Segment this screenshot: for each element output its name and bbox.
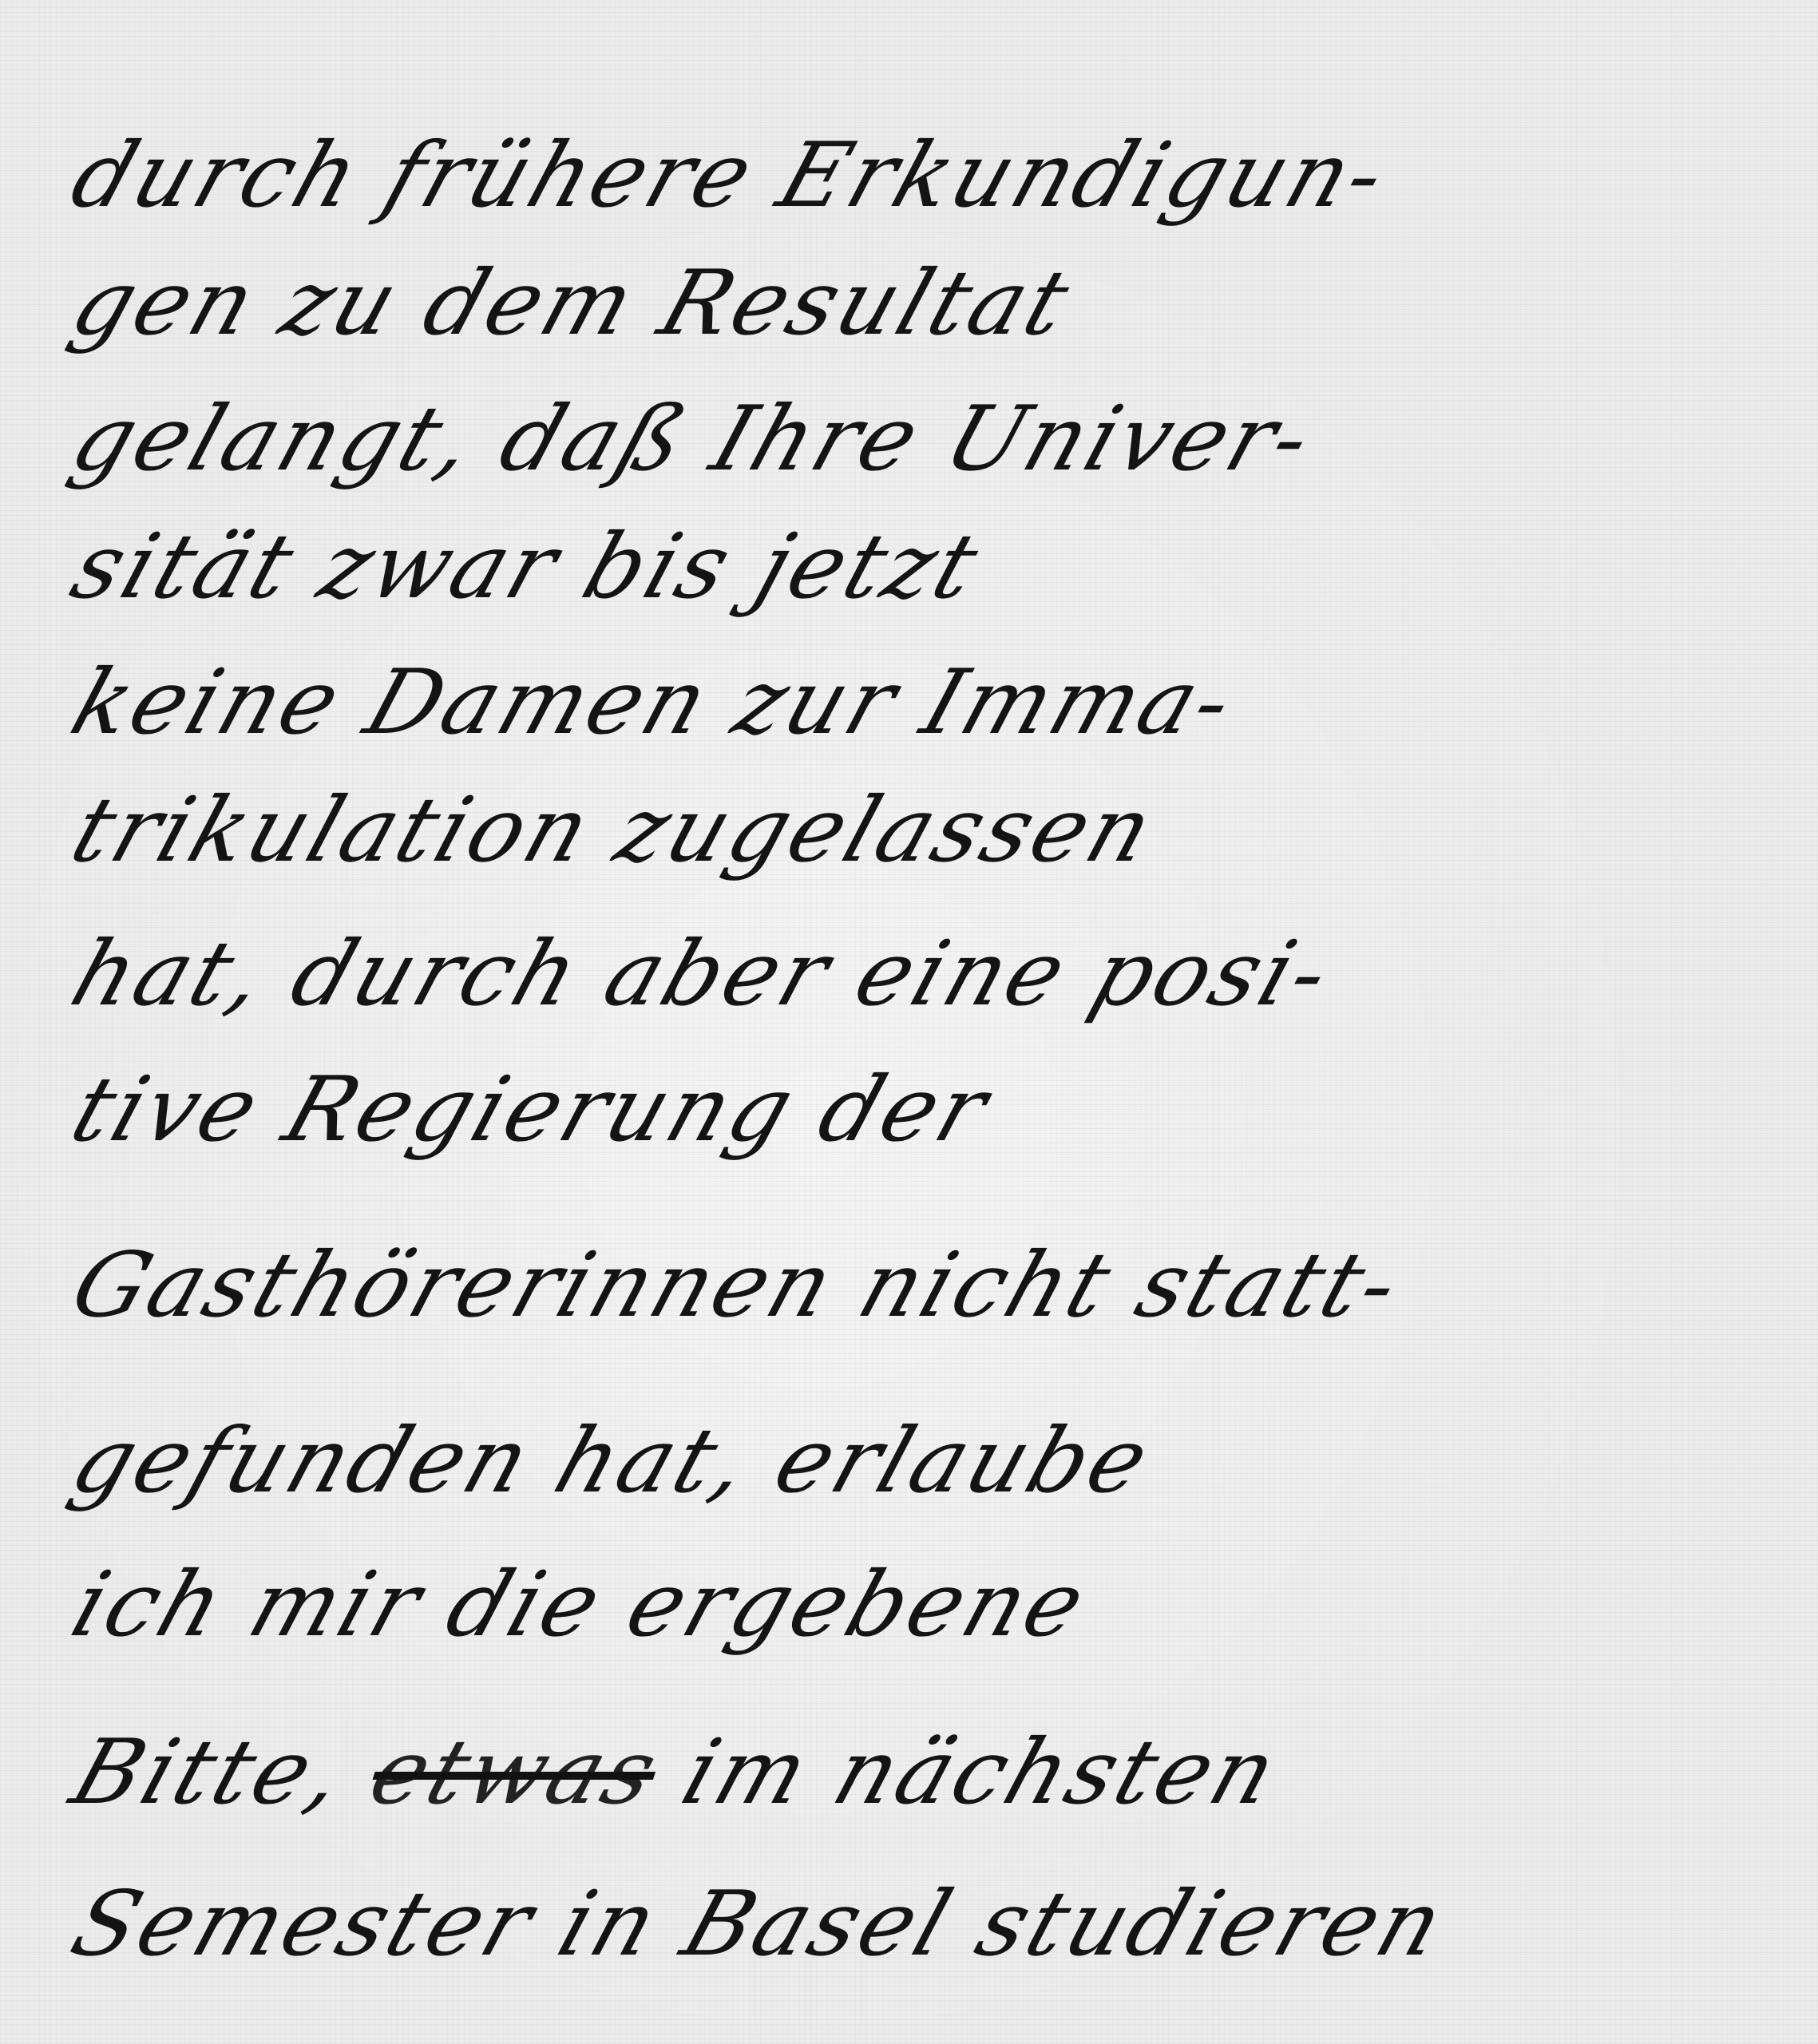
letter-line-9: Gasthörerinnen nicht statt- bbox=[48, 1198, 1818, 1373]
letter-line-11: ich mir die ergebene bbox=[48, 1517, 1818, 1693]
struck-through-word: etwas bbox=[358, 1721, 672, 1824]
letter-line-8: tive Regierung der bbox=[48, 1022, 1818, 1198]
letter-line-12: Bitte, etwas im nächsten bbox=[48, 1685, 1818, 1860]
line-12-text-after: im nächsten bbox=[670, 1721, 1292, 1824]
letter-line-13: Semester in Basel studieren bbox=[48, 1836, 1818, 2012]
line-12-text-before: Bitte, bbox=[60, 1721, 360, 1824]
